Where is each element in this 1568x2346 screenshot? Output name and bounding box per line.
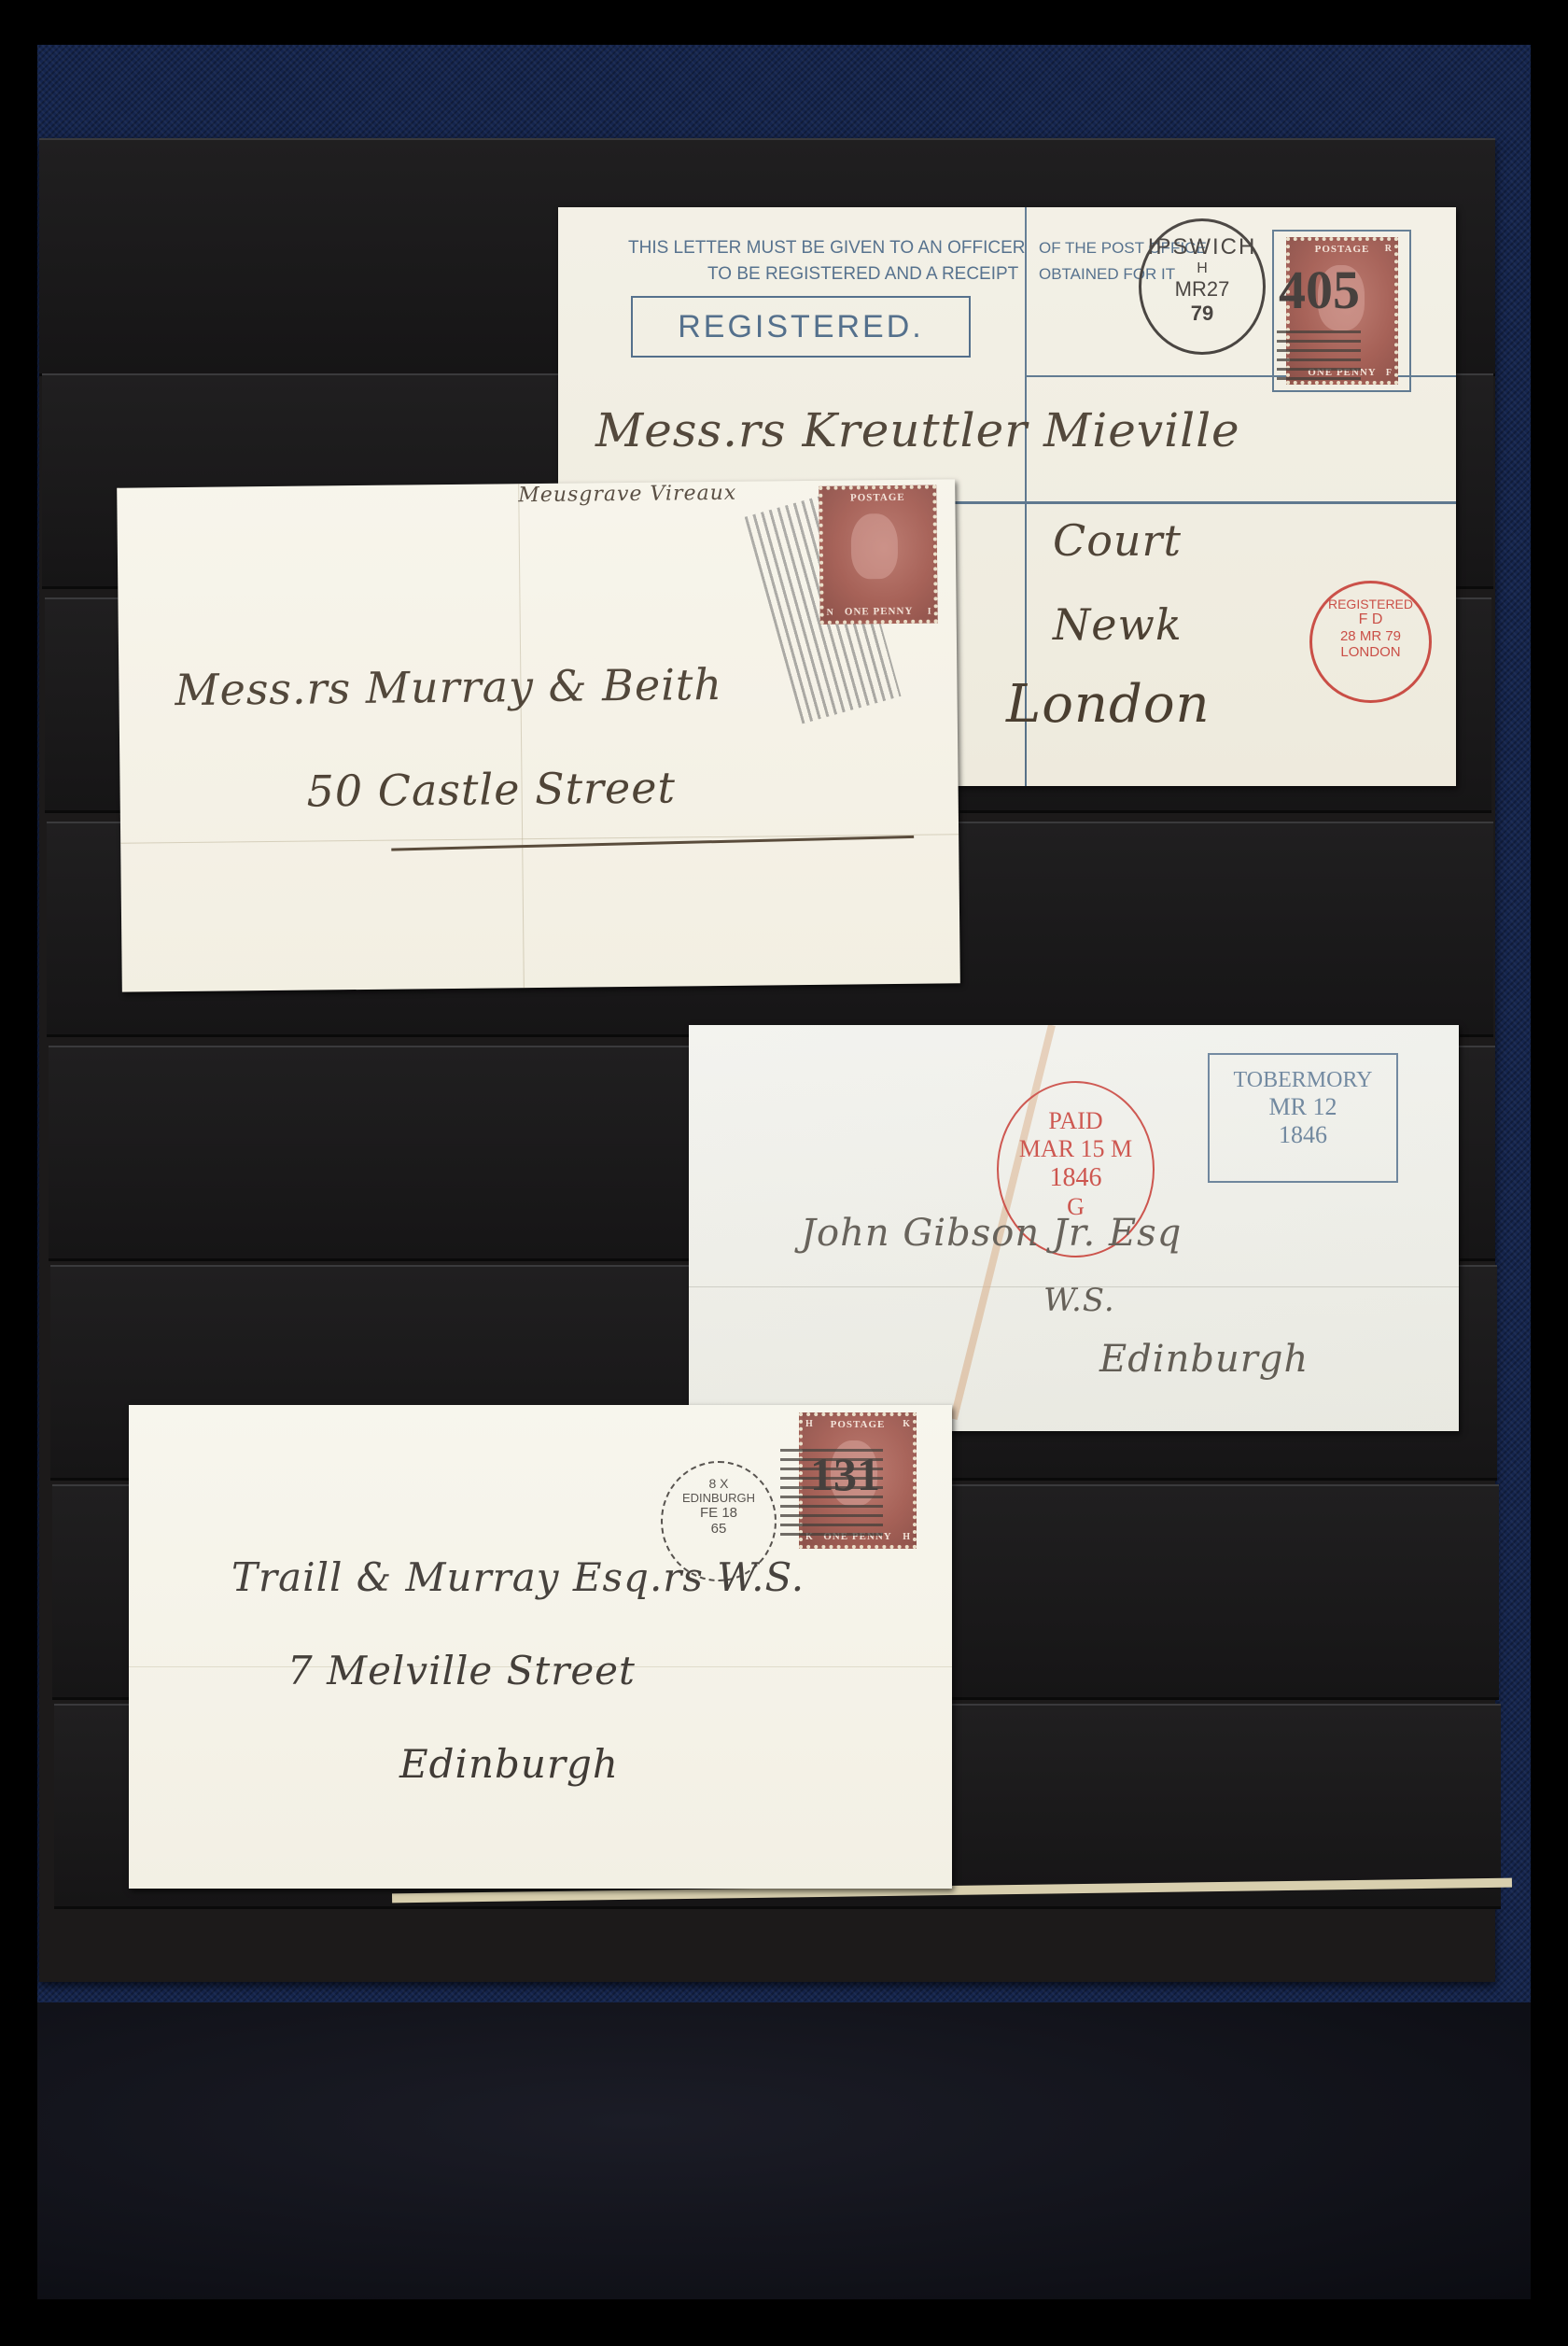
edinburgh-cover[interactable]: 8 X EDINBURGH FE 18 65 POSTAGE ONE PENNY… bbox=[129, 1405, 952, 1889]
ipswich-postmark: IPSWICH H MR27 79 bbox=[1139, 218, 1266, 355]
address-line: 50 Castle Street bbox=[306, 762, 676, 816]
murray-beith-cover[interactable]: Meusgrave Vireaux POSTAGE ONE PENNY N I … bbox=[117, 479, 960, 991]
address-line: Court bbox=[1053, 515, 1182, 566]
docket-note: Meusgrave Vireaux bbox=[518, 482, 736, 507]
duplex-bars bbox=[1277, 324, 1361, 380]
queen-portrait bbox=[851, 513, 899, 580]
tobermory-box-cancel: TOBERMORY MR 12 1846 bbox=[1208, 1053, 1398, 1183]
address-line: Mess.rs Kreuttler Mieville bbox=[595, 403, 1240, 457]
address-line: John Gibson Jr. Esq bbox=[801, 1212, 1182, 1255]
address-line: London bbox=[1006, 674, 1211, 735]
duplex-number: 131 bbox=[810, 1447, 880, 1501]
address-line: Mess.rs Murray & Beith bbox=[175, 659, 722, 715]
address-line: W.S. bbox=[1043, 1282, 1115, 1319]
address-line: Newk bbox=[1053, 599, 1183, 650]
address-line: 7 Melville Street bbox=[287, 1648, 636, 1693]
address-line: Edinburgh bbox=[1099, 1338, 1309, 1381]
printed-instructions: THIS LETTER MUST BE GIVEN TO AN OFFICER … bbox=[628, 235, 1025, 288]
duplex-number: 405 bbox=[1279, 259, 1360, 321]
fold-line bbox=[518, 484, 525, 988]
felt-background bbox=[37, 2002, 1531, 2299]
address-line: Traill & Murray Esq.rs W.S. bbox=[231, 1554, 805, 1600]
address-line: Edinburgh bbox=[399, 1741, 619, 1787]
tobermory-entire[interactable]: PAID MAR 15 M 1846 G TOBERMORY MR 12 184… bbox=[689, 1025, 1459, 1431]
penny-red-stamp[interactable]: POSTAGE ONE PENNY N I bbox=[819, 485, 938, 625]
registered-box: REGISTERED. bbox=[631, 296, 971, 358]
registered-london-cancel: REGISTERED F D 28 MR 79 LONDON bbox=[1309, 581, 1432, 703]
